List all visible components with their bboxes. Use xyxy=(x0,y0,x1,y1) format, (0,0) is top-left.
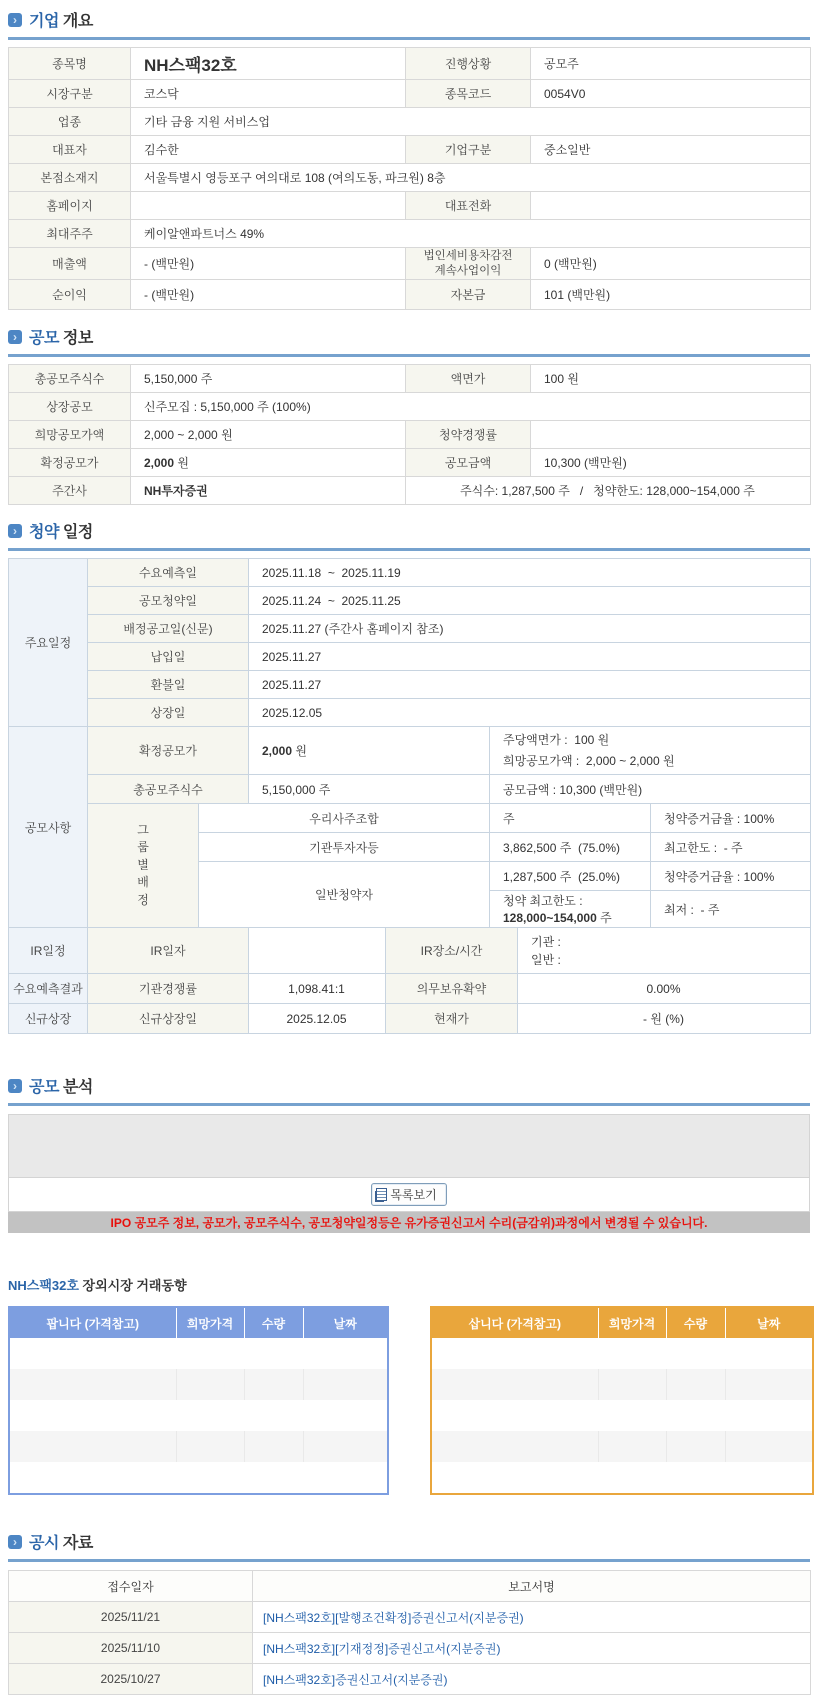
field-label: 법인세비용차감전 계속사업이익 xyxy=(406,248,531,280)
ipo-change-notice: IPO 공모주 정보, 공모가, 공모주식수, 공모청약일정등은 유가증권신고서… xyxy=(8,1212,810,1233)
field-label: 기관투자자등 xyxy=(199,833,490,862)
otc-buy-header: 삽니다 (가격참고) xyxy=(431,1307,598,1338)
field-label: 환불일 xyxy=(88,671,249,699)
section-header-offering: › 공모 정보 xyxy=(8,325,810,348)
section-title: 공모 분석 xyxy=(29,1074,93,1097)
section-bullet-icon: › xyxy=(8,13,22,27)
field-label: 기업구분 xyxy=(406,136,531,164)
ir-date xyxy=(249,928,386,974)
field-label: 우리사주조합 xyxy=(199,804,490,833)
offering-info-table: 총공모주식수 5,150,000 주 액면가 100 원 상장공모 신주모집 :… xyxy=(8,364,811,505)
analysis-box: 목록보기 xyxy=(8,1114,810,1212)
subscription-schedule-table: 주요일정 수요예측일 2025.11.18 ~ 2025.11.19 공모청약일… xyxy=(8,558,811,1034)
field-label: 진행상황 xyxy=(406,48,531,80)
otc-empty-row xyxy=(9,1369,388,1400)
offer-amount: 10,300 (백만원) xyxy=(531,449,811,477)
homepage xyxy=(131,192,406,220)
field-label: 확정공모가 xyxy=(88,727,249,775)
allocation-announce-date: 2025.11.27 (주간사 홈페이지 참조) xyxy=(249,615,811,643)
field-label: 본점소재지 xyxy=(9,164,131,192)
section-header-analysis: › 공모 분석 xyxy=(8,1074,810,1097)
field-label: 확정공모가 xyxy=(9,449,131,477)
filing-date: 2025/11/21 xyxy=(9,1602,253,1633)
revenue: - (백만원) xyxy=(131,248,406,280)
section-divider xyxy=(8,354,810,357)
otc-buy-table: 삽니다 (가격참고) 희망가격 수량 날짜 xyxy=(430,1306,814,1495)
field-label: 주간사 xyxy=(9,477,131,505)
current-price: - 원 (%) xyxy=(518,1004,811,1034)
subscription-date: 2025.11.24 ~ 2025.11.25 xyxy=(249,587,811,615)
field-label: 매출액 xyxy=(9,248,131,280)
otc-section-title: NH스팩32호 장외시장 거래동향 xyxy=(8,1275,810,1294)
refund-date: 2025.11.27 xyxy=(249,671,811,699)
ipo-status: 공모주 xyxy=(531,48,811,80)
filing-date: 2025/11/10 xyxy=(9,1633,253,1664)
section-divider xyxy=(8,548,810,551)
section-header-company: › 기업 개요 xyxy=(8,8,810,31)
section-divider xyxy=(8,1559,810,1562)
price-details: 주당액면가 : 100 원 희망공모가액 : 2,000 ~ 2,000 원 xyxy=(490,727,811,775)
field-label: 일반청약자 xyxy=(199,862,490,928)
otc-empty-row xyxy=(9,1338,388,1369)
otc-tables: 팝니다 (가격참고) 희망가격 수량 날짜 삽니다 (가격참고) 희망가격 수량… xyxy=(8,1306,810,1495)
field-label: 홈페이지 xyxy=(9,192,131,220)
face-value: 100 원 xyxy=(531,365,811,393)
ticker-code: 0054V0 xyxy=(531,80,811,108)
lockup-rate: 0.00% xyxy=(518,974,811,1004)
field-label: 청약경쟁률 xyxy=(406,421,531,449)
section-bullet-icon: › xyxy=(8,1535,22,1549)
disclosure-table: 접수일자 보고서명 2025/11/21 [NH스팩32호][발행조건확정]증권… xyxy=(8,1570,811,1695)
new-listing-date: 2025.12.05 xyxy=(249,1004,386,1034)
field-label: 총공모주식수 xyxy=(88,775,249,804)
pretax-income: 0 (백만원) xyxy=(531,248,811,280)
section-bullet-icon: › xyxy=(8,330,22,344)
listing-date: 2025.12.05 xyxy=(249,699,811,727)
otc-buy-header: 희망가격 xyxy=(598,1307,666,1338)
field-label: 상장일 xyxy=(88,699,249,727)
general-margin-rate: 청약증거금율 : 100% xyxy=(651,862,811,891)
offer-amount: 공모금액 : 10,300 (백만원) xyxy=(490,775,811,804)
otc-empty-row xyxy=(431,1400,813,1431)
field-label: 총공모주식수 xyxy=(9,365,131,393)
allocation-group-label: 그 룹 별 배 정 xyxy=(88,804,199,928)
field-label: 공모청약일 xyxy=(88,587,249,615)
section-header-schedule: › 청약 일정 xyxy=(8,519,810,542)
field-label: 상장공모 xyxy=(9,393,131,421)
section-divider xyxy=(8,37,810,40)
section-bullet-icon: › xyxy=(8,524,22,538)
section-title: 기업 개요 xyxy=(29,8,93,31)
field-label: 현재가 xyxy=(386,1004,518,1034)
ceo-name: 김수한 xyxy=(131,136,406,164)
field-label: 액면가 xyxy=(406,365,531,393)
capital: 101 (백만원) xyxy=(531,280,811,310)
underwriter-detail: 주식수: 1,287,500 주 / 청약한도: 128,000~154,000… xyxy=(406,477,811,505)
general-min-limit: 최저 : - 주 xyxy=(651,891,811,928)
field-label: 대표전화 xyxy=(406,192,531,220)
list-view-button[interactable]: 목록보기 xyxy=(371,1183,446,1206)
group-label: 공모사항 xyxy=(9,727,88,928)
otc-empty-row xyxy=(431,1338,813,1369)
otc-buy-header: 날짜 xyxy=(725,1307,813,1338)
table-row: 2025/10/27 [NH스팩32호]증권신고서(지분증권) xyxy=(9,1664,811,1695)
institution-competition: 1,098.41:1 xyxy=(249,974,386,1004)
document-list-icon xyxy=(376,1188,387,1201)
otc-empty-row xyxy=(9,1462,388,1494)
field-label: 자본금 xyxy=(406,280,531,310)
field-label: IR일자 xyxy=(88,928,249,974)
group-label: 신규상장 xyxy=(9,1004,88,1034)
company-overview-table: 종목명 NH스팩32호 진행상황 공모주 시장구분 코스닥 종목코드 0054V… xyxy=(8,47,811,310)
column-header: 접수일자 xyxy=(9,1571,253,1602)
field-label: 배정공고일(신문) xyxy=(88,615,249,643)
section-divider xyxy=(8,1103,810,1106)
field-label: 희망공모가액 xyxy=(9,421,131,449)
otc-sell-header: 날짜 xyxy=(303,1307,388,1338)
subscription-competition xyxy=(531,421,811,449)
market-type: 코스닥 xyxy=(131,80,406,108)
otc-sell-table: 팝니다 (가격참고) 희망가격 수량 날짜 xyxy=(8,1306,389,1495)
report-link[interactable]: [NH스팩32호]증권신고서(지분증권) xyxy=(263,1673,447,1687)
esop-margin-rate: 청약증거금율 : 100% xyxy=(651,804,811,833)
section-header-disclosures: › 공시 자료 xyxy=(8,1530,810,1553)
table-row: 2025/11/21 [NH스팩32호][발행조건확정]증권신고서(지분증권) xyxy=(9,1602,811,1633)
stock-name: NH스팩32호 xyxy=(131,48,406,80)
fixed-offer-price: 2,000 원 xyxy=(131,449,406,477)
field-label: 업종 xyxy=(9,108,131,136)
company-type: 중소일반 xyxy=(531,136,811,164)
institution-shares: 3,862,500 주 (75.0%) xyxy=(490,833,651,862)
field-label: 대표자 xyxy=(9,136,131,164)
otc-empty-row xyxy=(431,1462,813,1494)
listing-offer: 신주모집 : 5,150,000 주 (100%) xyxy=(131,393,811,421)
general-shares: 1,287,500 주 (25.0%) xyxy=(490,862,651,891)
table-row: 2025/11/10 [NH스팩32호][기재정정]증권신고서(지분증권) xyxy=(9,1633,811,1664)
fixed-offer-price: 2,000 원 xyxy=(249,727,490,775)
field-label: 최대주주 xyxy=(9,220,131,248)
major-shareholder: 케이알앤파트너스 49% xyxy=(131,220,811,248)
institution-max: 최고한도 : - 주 xyxy=(651,833,811,862)
group-label: IR일정 xyxy=(9,928,88,974)
field-label: IR장소/시간 xyxy=(386,928,518,974)
field-label: 납입일 xyxy=(88,643,249,671)
otc-empty-row xyxy=(9,1431,388,1462)
demand-forecast-date: 2025.11.18 ~ 2025.11.19 xyxy=(249,559,811,587)
industry: 기타 금융 지원 서비스업 xyxy=(131,108,811,136)
group-label: 주요일정 xyxy=(9,559,88,727)
section-title: 공모 정보 xyxy=(29,325,93,348)
field-label: 공모금액 xyxy=(406,449,531,477)
total-offer-shares: 5,150,000 주 xyxy=(249,775,490,804)
net-income: - (백만원) xyxy=(131,280,406,310)
total-offer-shares: 5,150,000 주 xyxy=(131,365,406,393)
page: › 기업 개요 종목명 NH스팩32호 진행상황 공모주 시장구분 코스닥 종목… xyxy=(0,0,818,1705)
section-title: 청약 일정 xyxy=(29,519,93,542)
ir-place: 기관 : 일반 : xyxy=(518,928,811,974)
otc-empty-row xyxy=(9,1400,388,1431)
otc-empty-row xyxy=(431,1369,813,1400)
section-bullet-icon: › xyxy=(8,1079,22,1093)
column-header: 보고서명 xyxy=(253,1571,811,1602)
payment-date: 2025.11.27 xyxy=(249,643,811,671)
field-label: 순이익 xyxy=(9,280,131,310)
phone xyxy=(531,192,811,220)
field-label: 종목코드 xyxy=(406,80,531,108)
esop-shares: 주 xyxy=(490,804,651,833)
field-label: 기관경쟁률 xyxy=(88,974,249,1004)
underwriter: NH투자증권 xyxy=(131,477,406,505)
filing-date: 2025/10/27 xyxy=(9,1664,253,1695)
report-link[interactable]: [NH스팩32호][발행조건확정]증권신고서(지분증권) xyxy=(263,1611,524,1625)
field-label: 의무보유확약 xyxy=(386,974,518,1004)
field-label: 신규상장일 xyxy=(88,1004,249,1034)
general-max-limit: 청약 최고한도 : 128,000~154,000 주 xyxy=(490,891,651,928)
hq-address: 서울특별시 영등포구 여의대로 108 (여의도동, 파크원) 8층 xyxy=(131,164,811,192)
otc-empty-row xyxy=(431,1431,813,1462)
report-link[interactable]: [NH스팩32호][기재정정]증권신고서(지분증권) xyxy=(263,1642,500,1656)
analysis-empty-area xyxy=(9,1115,809,1178)
field-label: 시장구분 xyxy=(9,80,131,108)
group-label: 수요예측결과 xyxy=(9,974,88,1004)
hoped-price-range: 2,000 ~ 2,000 원 xyxy=(131,421,406,449)
otc-buy-header: 수량 xyxy=(666,1307,725,1338)
field-label: 수요예측일 xyxy=(88,559,249,587)
otc-sell-header: 희망가격 xyxy=(176,1307,244,1338)
otc-sell-header: 팝니다 (가격참고) xyxy=(9,1307,176,1338)
field-label: 종목명 xyxy=(9,48,131,80)
otc-sell-header: 수량 xyxy=(244,1307,303,1338)
section-title: 공시 자료 xyxy=(29,1530,93,1553)
